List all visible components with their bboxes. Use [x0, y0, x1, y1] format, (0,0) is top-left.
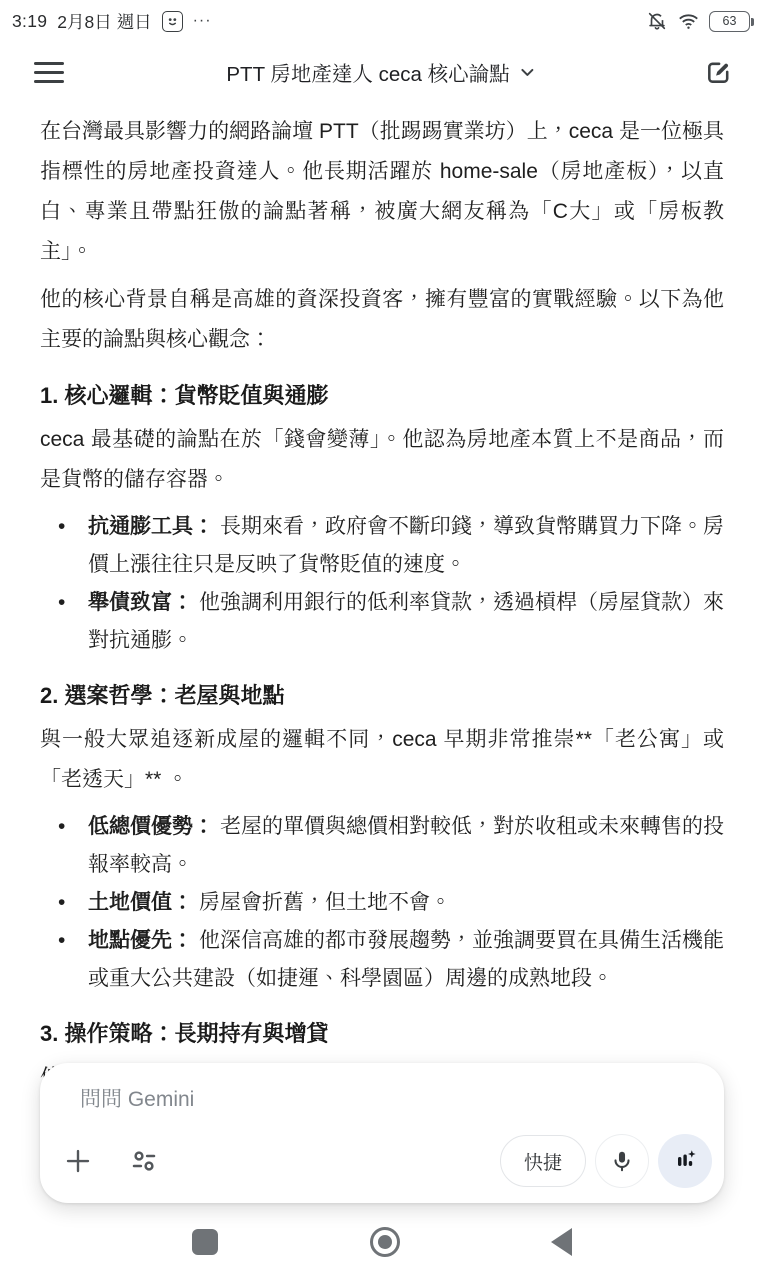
notifications-muted-icon [646, 10, 668, 32]
list-item: 低總價優勢：老屋的單價與總價相對較低，對於收租或未來轉售的投報率較高。 [40, 808, 724, 884]
chevron-down-icon [518, 62, 538, 82]
new-chat-icon[interactable] [698, 52, 738, 92]
back-button[interactable] [551, 1228, 572, 1256]
intro-paragraph: 在台灣最具影響力的網路論壇 PTT（批踢踢實業坊）上，ceca 是一位極具指標性… [40, 112, 724, 272]
bullet-list: 低總價優勢：老屋的單價與總價相對較低，對於收租或未來轉售的投報率較高。 土地價值… [40, 808, 724, 998]
notification-app-icon [162, 11, 183, 32]
date: 2月8日 週日 [57, 9, 151, 34]
bullet-list: 抗通膨工具：長期來看，政府會不斷印錢，導致貨幣購買力下降。房價上漲往往只是反映了… [40, 508, 724, 660]
gemini-live-button[interactable] [658, 1134, 712, 1188]
android-nav-bar [0, 1204, 764, 1280]
live-waveform-icon [671, 1147, 699, 1175]
section-heading: 2. 選案哲學：老屋與地點 [40, 680, 724, 712]
microphone-icon [609, 1148, 635, 1174]
list-item: 舉債致富：他強調利用銀行的低利率貸款，透過槓桿（房屋貸款）來對抗通膨。 [40, 584, 724, 660]
home-button[interactable] [370, 1227, 400, 1257]
quick-actions-label: 快捷 [524, 1148, 562, 1175]
section-heading: 3. 操作策略：長期持有與增貸 [40, 1018, 724, 1050]
conversation-title-dropdown[interactable]: PTT 房地產達人 ceca 核心論點 [226, 57, 537, 87]
page-title: PTT 房地產達人 ceca 核心論點 [226, 57, 509, 87]
quick-actions-button[interactable]: 快捷 [500, 1135, 586, 1187]
list-item: 土地價值：房屋會折舊，但土地不會。 [40, 884, 724, 922]
tools-tune-button[interactable] [124, 1141, 164, 1181]
status-bar: 3:19 2月8日 週日 ··· [0, 0, 764, 42]
more-notifications-icon: ··· [193, 12, 212, 30]
list-item: 地點優先：他深信高雄的都市發展趨勢，並強調要買在具備生活機能或重大公共建設（如捷… [40, 922, 724, 998]
gemini-app-screen: 3:19 2月8日 週日 ··· [0, 0, 764, 1280]
add-attachment-button[interactable] [58, 1141, 98, 1181]
clock: 3:19 [12, 11, 47, 32]
section-lead: ceca 最基礎的論點在於「錢會變薄」。他認為房地產本質上不是商品，而是貨幣的儲… [40, 420, 724, 500]
menu-icon[interactable] [34, 62, 64, 83]
intro-paragraph: 他的核心背景自稱是高雄的資深投資客，擁有豐富的實戰經驗。以下為他主要的論點與核心… [40, 280, 724, 360]
section-heading: 1. 核心邏輯：貨幣貶值與通膨 [40, 380, 724, 412]
list-item: 抗通膨工具：長期來看，政府會不斷印錢，導致貨幣購買力下降。房價上漲往往只是反映了… [40, 508, 724, 584]
gemini-input-card[interactable]: 問問 Gemini 快捷 [40, 1063, 724, 1203]
recents-button[interactable] [192, 1229, 218, 1255]
prompt-input[interactable]: 問問 Gemini [80, 1083, 194, 1113]
app-header: PTT 房地產達人 ceca 核心論點 [0, 42, 764, 102]
microphone-button[interactable] [595, 1134, 649, 1188]
section-lead: 與一般大眾追逐新成屋的邏輯不同，ceca 早期非常推崇**「老公寓」或「老透天」… [40, 720, 724, 800]
input-actions-row: 快捷 [40, 1133, 724, 1189]
wifi-icon [677, 10, 700, 32]
battery-indicator: 63 [709, 11, 750, 32]
